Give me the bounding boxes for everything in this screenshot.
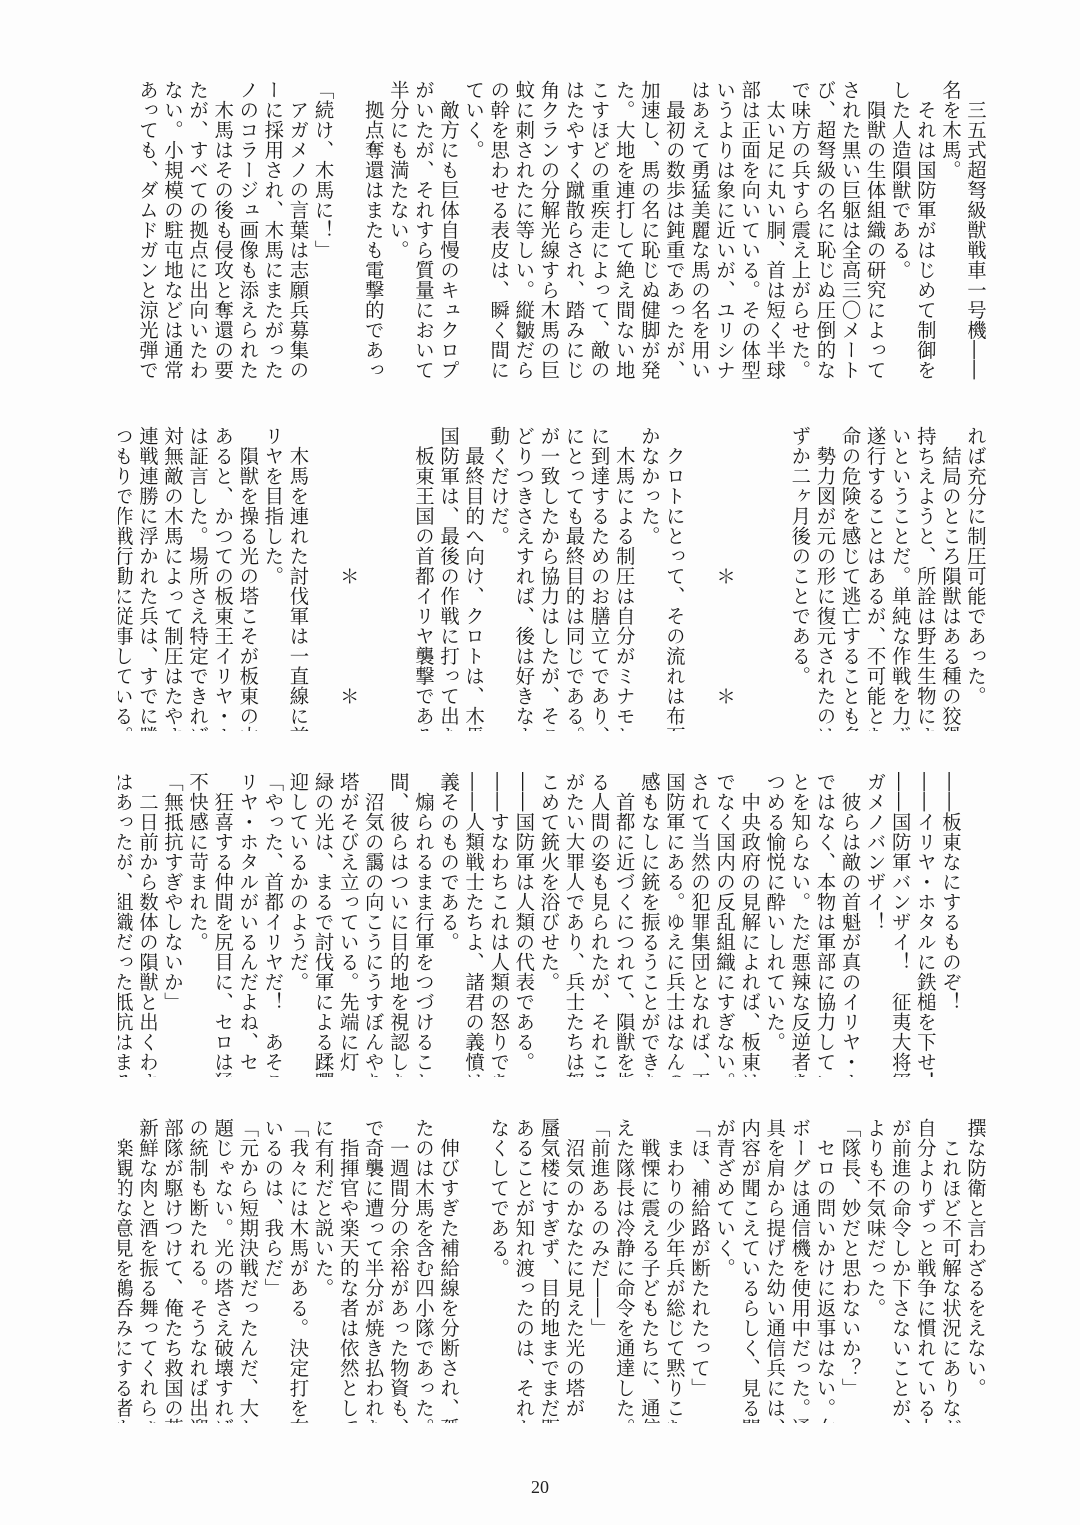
text-column: 指揮官や楽天的な者は依然として自軍	[336, 1118, 361, 1423]
text-column: 蜃気楼にすぎず、目的地までまだ距離が	[536, 1118, 561, 1423]
text-column: はたやすく蹴散らされ、踏みにじられた。	[561, 80, 586, 380]
text-column: 遂行することはあるが、不可能となれば	[863, 426, 888, 731]
text-column: 木馬による制圧は自分がミナモとネオ	[612, 426, 637, 731]
text-column: なくしてである。	[486, 1118, 511, 1423]
text-column: 「前進あるのみだ――」	[587, 1118, 612, 1423]
text-column: 沼気のかなたに見えた光の塔が一種の	[561, 1118, 586, 1423]
text-column: ずか二ヶ月後のことである。	[787, 426, 812, 731]
text-column: アガメノの言葉は志願兵募集のポスタ	[285, 80, 310, 380]
text-column: ――人類戦士たちよ、諸君の義憤は正	[461, 772, 486, 1077]
text-column: が一致したから協力はしたが、そこにた	[536, 426, 561, 731]
text-column: 命の危険を感じて逃亡することも多い。	[837, 426, 862, 731]
text-column: で味方の兵すら震え上がらせた。	[787, 80, 812, 380]
text-column: ＊ ＊	[712, 426, 737, 731]
text-column: 「続け、木馬に！」	[310, 80, 335, 380]
text-column: 国防軍は、最後の作戦に打って出た。	[436, 426, 461, 731]
text-column: 勢力図が元の形に復元されたのは、わ	[812, 426, 837, 731]
text-column: ない。小規模の駐屯地などは通常部隊で	[160, 80, 185, 380]
text-column: ノのコラージュ画像も添えられた。	[235, 80, 260, 380]
text-column: どりつきさえすれば、後は好きなように	[511, 426, 536, 731]
text-column: 沼気の靄の向こうにうすぼんやりと尖	[361, 772, 386, 1077]
text-column: セロの問いかけに返事はない。女サイ	[812, 1118, 837, 1423]
text-column: 最初の数歩は鈍重であったが、徐々に	[662, 80, 687, 380]
book-page: 三五式超弩級獣戦車一号機――――またの名を木馬。 それは国防軍がはじめて制御を可…	[0, 0, 1080, 1525]
text-column: 結局のところ隕獣はある種の狡猾さを	[938, 426, 963, 731]
text-column: 「ほ、補給路が断たれたって」	[687, 1118, 712, 1423]
text-column: の幹を思わせる表皮は、瞬く間に再生し	[486, 80, 511, 380]
text-column: た。大地を連打して絶え間ない地震を起	[612, 80, 637, 380]
text-column: に到達するためのお膳立てであり、軍部	[587, 426, 612, 731]
text-column: ＊ ＊	[336, 426, 361, 731]
text-column: 板東王国の首都イリヤ襲撃である。	[411, 426, 436, 731]
text-column: 新鮮な肉と酒を振る舞ってくれらぁ」	[135, 1118, 160, 1423]
text-column: ――国防軍バンザイ！ 征夷大将軍ア	[888, 772, 913, 1077]
text-column: 撰な防衛と言わざるをえない。	[963, 1118, 988, 1423]
text-column: 感もなしに銃を振るうことができた。	[637, 772, 662, 1077]
text-column: に有利だと説いた。	[310, 1118, 335, 1423]
text-column: 持ちえようと、所詮は野生生物にすぎな	[913, 426, 938, 731]
text-column: が青ざめていく。	[712, 1118, 737, 1423]
text-column: 太い足に丸い胴、首は短く半球状の頭	[762, 80, 787, 380]
text-column: 義そのものである。	[436, 772, 461, 1077]
text-column: とを知らない。ただ悪辣な反逆者を追い	[787, 772, 812, 1077]
text-tier-2: れば充分に制圧可能であった。 結局のところ隕獣はある種の狡猾さを持ちえようと、所…	[118, 426, 988, 731]
text-column: 拠点奪還はまたも電撃的であった。	[361, 80, 386, 380]
text-column	[336, 80, 361, 380]
text-column: 木馬はその後も侵攻と奪還の要となっ	[210, 80, 235, 380]
text-column: クロトにとって、その流れは布石でし	[662, 426, 687, 731]
text-column: 伸びすぎた補給線を分断され、孤立し	[436, 1118, 461, 1423]
text-column: いうよりは象に近いが、ユリシナ参謀長	[712, 80, 737, 380]
text-column: が前進の命令しか下さないことが、なに	[888, 1118, 913, 1423]
text-column: 不快感に苛まれた。	[185, 772, 210, 1077]
text-column: 敵方にも巨体自慢のキュクロプスなど	[436, 80, 461, 380]
text-column: 「我々には木馬がある。決定打を有して	[285, 1118, 310, 1423]
text-column: えた隊長は冷静に命令を通達した。	[612, 1118, 637, 1423]
text-column: び、超弩級の名に恥じぬ圧倒的な存在感	[812, 80, 837, 380]
text-column: 具を肩から提げた幼い通信兵には、会話	[762, 1118, 787, 1423]
text-column: 動くだけだ。	[486, 426, 511, 731]
text-column: 二日前から数体の隕獣と出くわすこと	[135, 772, 160, 1077]
text-column: たのは木馬を含む四小隊であった。	[411, 1118, 436, 1423]
text-column: 緑の光は、まるで討伐軍による蹂躙を歓	[310, 772, 335, 1077]
text-column: たが、すべての拠点に出向いたわけでは	[185, 80, 210, 380]
text-column: つめる愉悦に酔いしれていた。	[762, 772, 787, 1077]
text-column	[361, 426, 386, 731]
text-column: でなく国内の反乱組織にすぎない。鎮圧	[712, 772, 737, 1077]
text-column: 三五式超弩級獣戦車一号機――――またの	[963, 80, 988, 380]
text-column: 「元から短期決戦だったんだ、大した問	[235, 1118, 260, 1423]
text-column: 煽られるまま行軍をつづけること一週	[411, 772, 436, 1077]
text-column: こすほどの重疾走によって、敵の防衛網	[587, 80, 612, 380]
text-column: で奇襲に遭って半分が焼き払われた。	[361, 1118, 386, 1423]
text-column: ていく。	[461, 80, 486, 380]
text-column: それは国防軍がはじめて制御を可能と	[913, 80, 938, 380]
text-column: にとっても最終目的は同じである。利害	[561, 426, 586, 731]
text-column: 首都に近づくにつれて、隕獣を指揮す	[612, 772, 637, 1077]
text-column	[762, 426, 787, 731]
text-column: ではなく、本物は軍部に協力しているこ	[812, 772, 837, 1077]
text-column: リヤ・ホタルがいるんだよね、セロ！」	[235, 772, 260, 1077]
text-column: 連戦連勝に浮かれた兵は、すでに勝った	[135, 426, 160, 731]
text-column: 塔がそびえ立っている。先端に灯った薄	[336, 772, 361, 1077]
text-column: つもりで作戦行動に従事している。	[118, 426, 135, 731]
page-number: 20	[0, 1477, 1080, 1498]
text-column: がたい大罪人であり、兵士たちは怒りを	[561, 772, 586, 1077]
text-column: の統制も断たれる。そうなれば出迎えの	[185, 1118, 210, 1423]
text-column: 木馬を連れた討伐軍は一直線に首都イ	[285, 426, 310, 731]
text-column: リヤを目指した。	[260, 426, 285, 731]
text-column: 「無抵抗すぎやしないか」	[160, 772, 185, 1077]
text-column: 一週間分の余裕があった物資も、森林	[386, 1118, 411, 1423]
text-column: こめて銃火を浴びせた。	[536, 772, 561, 1077]
text-column: 戦慄に震える子どもたちに、通信を終	[637, 1118, 662, 1423]
text-column: かなかった。	[637, 426, 662, 731]
text-column: ――国防軍は人類の代表である。	[511, 772, 536, 1077]
text-column: した人造隕獣である。	[888, 80, 913, 380]
text-column: ガメノバンザイ！	[863, 772, 888, 1077]
text-column: 彼らは敵の首魁が真のイリヤ・ホタル	[837, 772, 862, 1077]
text-column: がいたが、それすら質量において木馬の	[411, 80, 436, 380]
text-column: ボーグは通信機を使用中だった。通信機	[787, 1118, 812, 1423]
text-column: 半分にも満たない。	[386, 80, 411, 380]
text-column: 隕獣を操る光の塔こそが板東の中枢で	[235, 426, 260, 731]
text-column: 加速し、馬の名に恥じぬ健脚が発揮され	[637, 80, 662, 380]
text-column: 名を木馬。	[938, 80, 963, 380]
text-column: 狂喜する仲間を尻目に、セロは猛烈な	[210, 772, 235, 1077]
text-column: る人間の姿も見られたが、それこそ許し	[587, 772, 612, 1077]
text-column: 自分よりずっと戦争に慣れている上層部	[913, 1118, 938, 1423]
text-column: 最終目的へ向け、クロトは、木馬は、	[461, 426, 486, 731]
text-column: あっても、ダムドガンと涼光弾で武装す	[135, 80, 160, 380]
text-column: 迎しているかのようだ。	[285, 772, 310, 1077]
text-column: 題じゃない。光の塔さえ破壊すれば隕獣	[210, 1118, 235, 1423]
text-column: いということだ。単純な作戦を力ずくで	[888, 426, 913, 731]
text-column: 「やった、首都イリヤだ！ あそこにイ	[260, 772, 285, 1077]
text-tier-4: 撰な防衛と言わざるをえない。 これほど不可解な状況にありながら、自分よりずっと戦…	[118, 1118, 988, 1423]
text-column: 隕獣の生体組織の研究によって生み出	[863, 80, 888, 380]
text-column: まわりの少年兵が総じて黙りこむ。	[662, 1118, 687, 1423]
text-column	[461, 1118, 486, 1423]
text-column: いるのは、我らだ」	[260, 1118, 285, 1423]
text-column: 国防軍にある。ゆえに兵士はなんの罪悪	[662, 772, 687, 1077]
text-tier-1: 三五式超弩級獣戦車一号機――――またの名を木馬。 それは国防軍がはじめて制御を可…	[118, 80, 988, 380]
text-column: 角クランの分解光線すら木馬の巨躯には	[536, 80, 561, 380]
text-column: 内容が聞こえているらしく、見る間に顔	[737, 1118, 762, 1423]
text-column: 「隊長、妙だと思わないか？」	[837, 1118, 862, 1423]
text-column: れば充分に制圧可能であった。	[963, 426, 988, 731]
text-column: はあえて勇猛美麗な馬の名を用いた。	[687, 80, 712, 380]
text-column: 対無敵の木馬によって制圧はたやすい。	[160, 426, 185, 731]
text-column: ――板東なにするものぞ！	[938, 772, 963, 1077]
text-column: あることが知れ渡ったのは、それから程	[511, 1118, 536, 1423]
text-column: ――イリヤ・ホタルに鉄槌を下せ！	[913, 772, 938, 1077]
text-column: よりも不気味だった。	[863, 1118, 888, 1423]
text-column: ーに採用され、木馬にまたがったアガメ	[260, 80, 285, 380]
text-column	[687, 426, 712, 731]
text-column: ――すなわちこれは人類の怒りである。	[486, 772, 511, 1077]
text-column: された黒い巨躯は全高三〇メートルに及	[837, 80, 862, 380]
text-column: 部は正面を向いている。その体型は馬と	[737, 80, 762, 380]
text-column: 中央政府の見解によれば、板東は敵国	[737, 772, 762, 1077]
text-column	[963, 772, 988, 1077]
text-column: はあったが、組織だった抵抗はまるでな	[118, 772, 135, 1077]
text-tier-3: ――板東なにするものぞ！――イリヤ・ホタルに鉄槌を下せ！――国防軍バンザイ！ 征…	[118, 772, 988, 1077]
text-column	[310, 426, 335, 731]
text-column: 部隊が駆けつけて、俺たち救国の英雄に	[160, 1118, 185, 1423]
text-column: されて当然の犯罪集団となれば、正義は	[687, 772, 712, 1077]
text-column: 楽観的な意見を鵜呑みにする者もいた	[118, 1118, 135, 1423]
text-column: 間、彼らはついに目的地を視認した。	[386, 772, 411, 1077]
text-column	[737, 426, 762, 731]
text-column: これほど不可解な状況にありながら、	[938, 1118, 963, 1423]
text-column: 蚊に刺されたに等しい。縦皺だらけで木	[511, 80, 536, 380]
text-column: あると、かつての板東王イリヤ・ホタル	[210, 426, 235, 731]
text-column: は証言した。場所さえ特定できれば、絶	[185, 426, 210, 731]
text-column	[386, 426, 411, 731]
